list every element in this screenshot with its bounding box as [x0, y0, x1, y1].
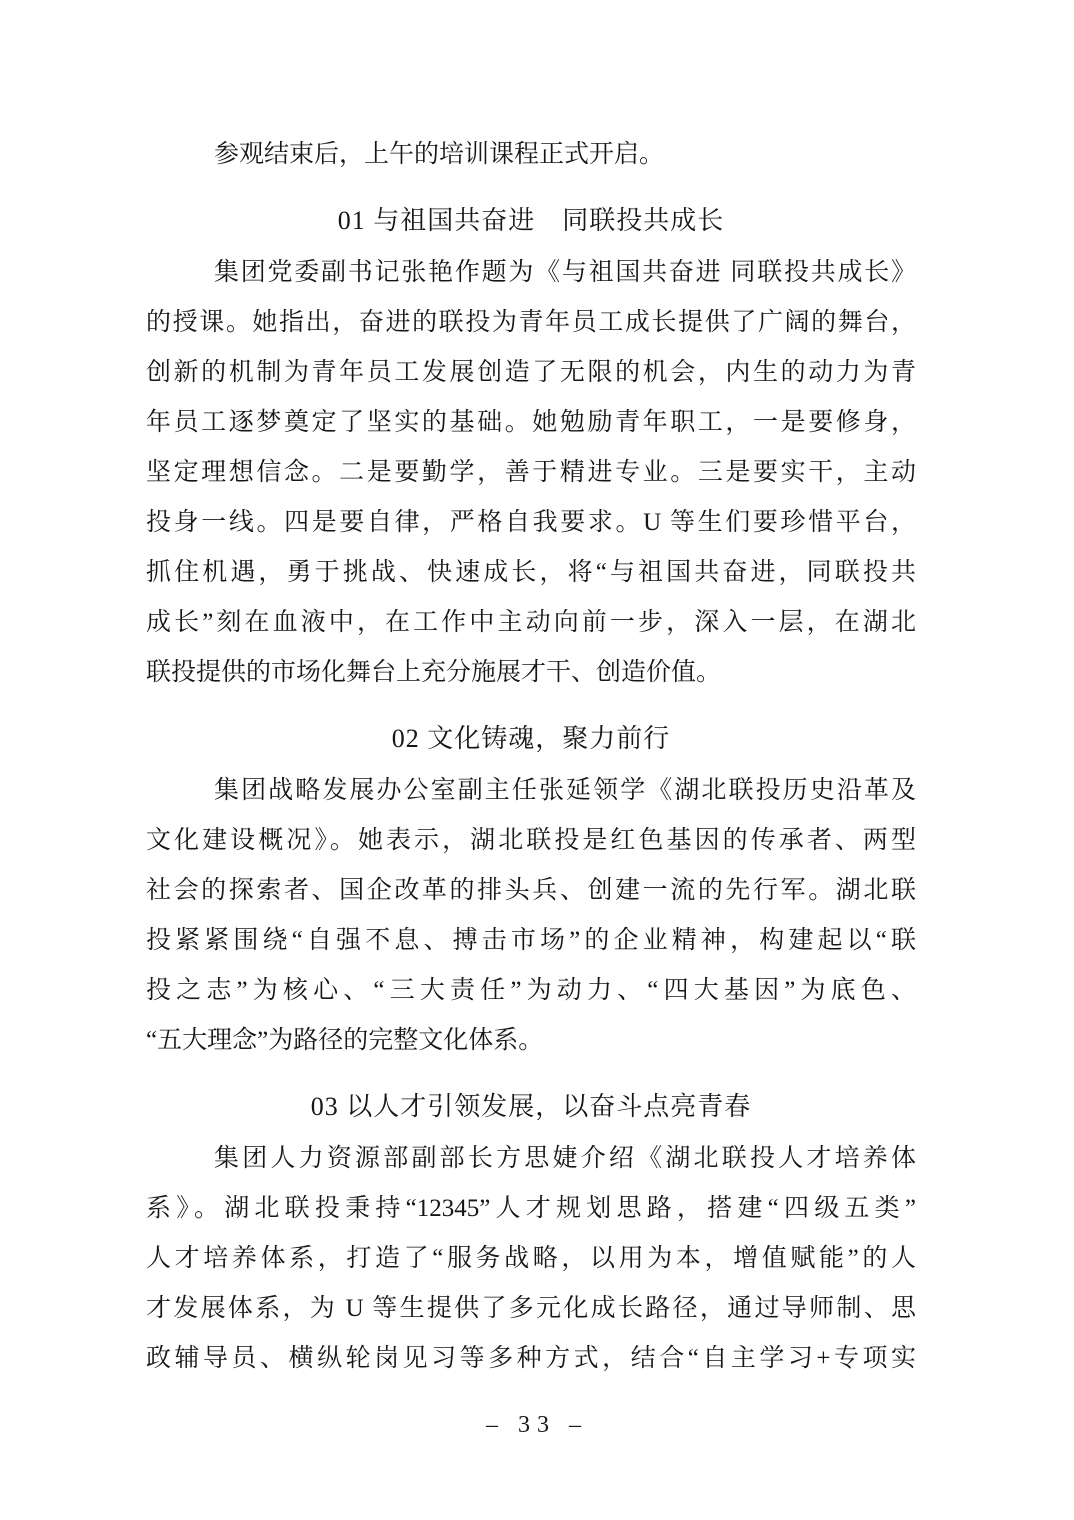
text-line: 投紧紧围绕“自强不息、搏击市场”的企业精神，构建起以“联: [146, 916, 916, 966]
section-heading: 01 与祖国共奋进 同联投共成长: [146, 196, 916, 246]
text-line: 联投提供的市场化舞台上充分施展才干、创造价值。: [146, 648, 916, 698]
page-number: – 33 –: [0, 1408, 1074, 1442]
text-line: 社会的探索者、国企改革的排头兵、创建一流的先行军。湖北联: [146, 866, 916, 916]
text-line: 政辅导员、横纵轮岗见习等多种方式，结合“自主学习+专项实: [146, 1334, 916, 1384]
text-line: 才发展体系，为 U 等生提供了多元化成长路径，通过导师制、思: [146, 1284, 916, 1334]
section-heading: 03 以人才引领发展，以奋斗点亮青春: [146, 1082, 916, 1132]
section-03: 03 以人才引领发展，以奋斗点亮青春 集团人力资源部副部长方思婕介绍《湖北联投人…: [146, 1082, 916, 1384]
intro-line: 参观结束后，上午的培训课程正式开启。: [146, 130, 916, 180]
text-line: 年员工逐梦奠定了坚实的基础。她勉励青年职工，一是要修身，: [146, 398, 916, 448]
text-line: 人才培养体系，打造了“服务战略，以用为本，增值赋能”的人: [146, 1234, 916, 1284]
text-line: 集团人力资源部副部长方思婕介绍《湖北联投人才培养体: [146, 1134, 916, 1184]
text-line: 集团战略发展办公室副主任张延领学《湖北联投历史沿革及: [146, 766, 916, 816]
text-line: 的授课。她指出，奋进的联投为青年员工成长提供了广阔的舞台，: [146, 298, 916, 348]
text-line: 创新的机制为青年员工发展创造了无限的机会，内生的动力为青: [146, 348, 916, 398]
text-line: 投身一线。四是要自律，严格自我要求。U 等生们要珍惜平台，: [146, 498, 916, 548]
text-line: 系》。湖北联投秉持“12345”人才规划思路，搭建“四级五类”: [146, 1184, 916, 1234]
text-line: 抓住机遇，勇于挑战、快速成长，将“与祖国共奋进，同联投共: [146, 548, 916, 598]
section-02: 02 文化铸魂，聚力前行 集团战略发展办公室副主任张延领学《湖北联投历史沿革及 …: [146, 714, 916, 1066]
document-page: 参观结束后，上午的培训课程正式开启。 01 与祖国共奋进 同联投共成长 集团党委…: [0, 0, 1074, 1520]
text-line: 投之志”为核心、“三大责任”为动力、“四大基因”为底色、: [146, 966, 916, 1016]
text-line: 坚定理想信念。二是要勤学，善于精进专业。三是要实干，主动: [146, 448, 916, 498]
section-heading: 02 文化铸魂，聚力前行: [146, 714, 916, 764]
text-line: 成长”刻在血液中，在工作中主动向前一步，深入一层，在湖北: [146, 598, 916, 648]
text-line: “五大理念”为路径的完整文化体系。: [146, 1016, 916, 1066]
section-01: 01 与祖国共奋进 同联投共成长 集团党委副书记张艳作题为《与祖国共奋进 同联投…: [146, 196, 916, 698]
text-line: 文化建设概况》。她表示，湖北联投是红色基因的传承者、两型: [146, 816, 916, 866]
text-line: 集团党委副书记张艳作题为《与祖国共奋进 同联投共成长》: [146, 248, 916, 298]
